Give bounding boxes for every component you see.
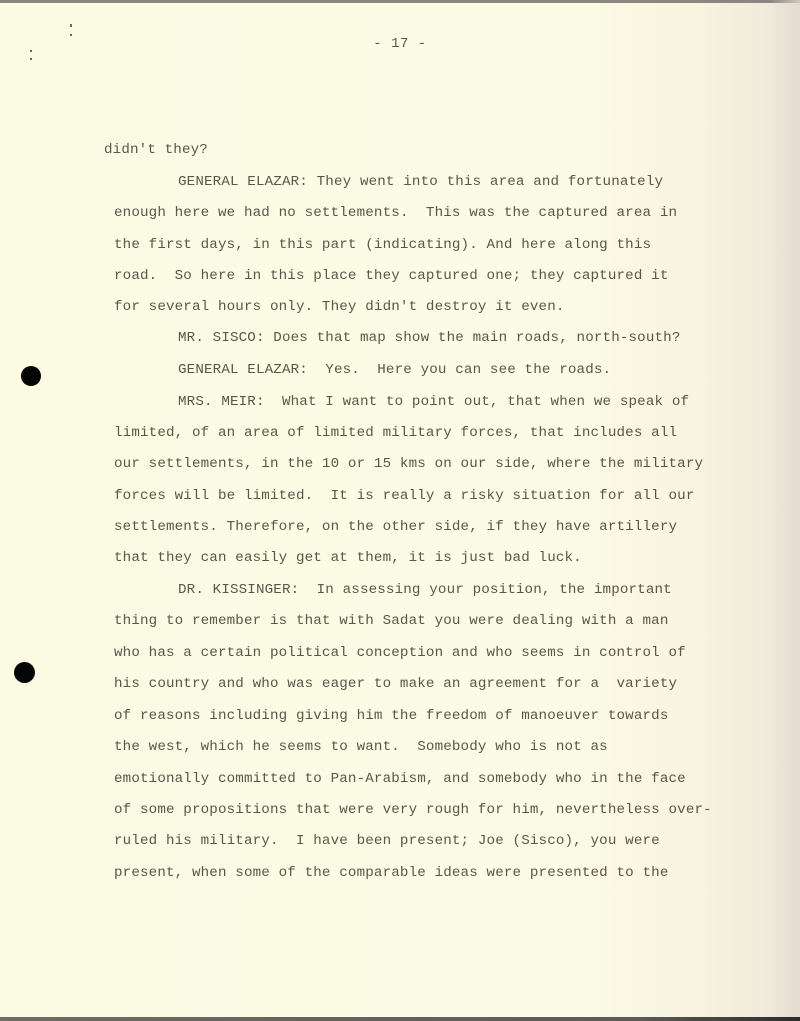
text-line: of reasons including giving him the free… xyxy=(114,707,669,725)
text-line: limited, of an area of limited military … xyxy=(114,424,677,442)
speck-mark xyxy=(70,24,72,27)
text-line: GENERAL ELAZAR: Yes. Here you can see th… xyxy=(178,361,611,379)
document-page: - 17 - didn't they?GENERAL ELAZAR: They … xyxy=(0,0,800,1021)
text-line: thing to remember is that with Sadat you… xyxy=(114,612,669,630)
text-line: of some propositions that were very roug… xyxy=(114,801,712,819)
page-number: - 17 - xyxy=(0,36,800,52)
text-line: road. So here in this place they capture… xyxy=(114,267,669,285)
text-line: settlements. Therefore, on the other sid… xyxy=(114,518,677,536)
text-line: that they can easily get at them, it is … xyxy=(114,549,582,567)
punch-hole-top xyxy=(21,366,41,386)
text-line: GENERAL ELAZAR: They went into this area… xyxy=(178,173,663,191)
text-line: didn't they? xyxy=(104,141,208,159)
scan-top-edge xyxy=(0,0,800,3)
speck-mark xyxy=(30,58,32,60)
text-line: enough here we had no settlements. This … xyxy=(114,204,677,222)
text-line: present, when some of the comparable ide… xyxy=(114,864,669,882)
text-line: emotionally committed to Pan-Arabism, an… xyxy=(114,770,686,788)
text-line: MR. SISCO: Does that map show the main r… xyxy=(178,329,681,347)
text-line: the first days, in this part (indicating… xyxy=(114,236,651,254)
scan-bottom-edge xyxy=(0,1017,800,1021)
page-edge-shadow xyxy=(770,0,800,1021)
text-line: the west, which he seems to want. Somebo… xyxy=(114,738,608,756)
text-line: MRS. MEIR: What I want to point out, tha… xyxy=(178,393,689,411)
punch-hole-bottom xyxy=(14,662,35,683)
text-line: forces will be limited. It is really a r… xyxy=(114,487,694,505)
text-line: DR. KISSINGER: In assessing your positio… xyxy=(178,581,672,599)
text-line: for several hours only. They didn't dest… xyxy=(114,298,565,316)
text-line: his country and who was eager to make an… xyxy=(114,675,677,693)
text-line: our settlements, in the 10 or 15 kms on … xyxy=(114,455,703,473)
text-line: ruled his military. I have been present;… xyxy=(114,832,660,850)
text-line: who has a certain political conception a… xyxy=(114,644,686,662)
